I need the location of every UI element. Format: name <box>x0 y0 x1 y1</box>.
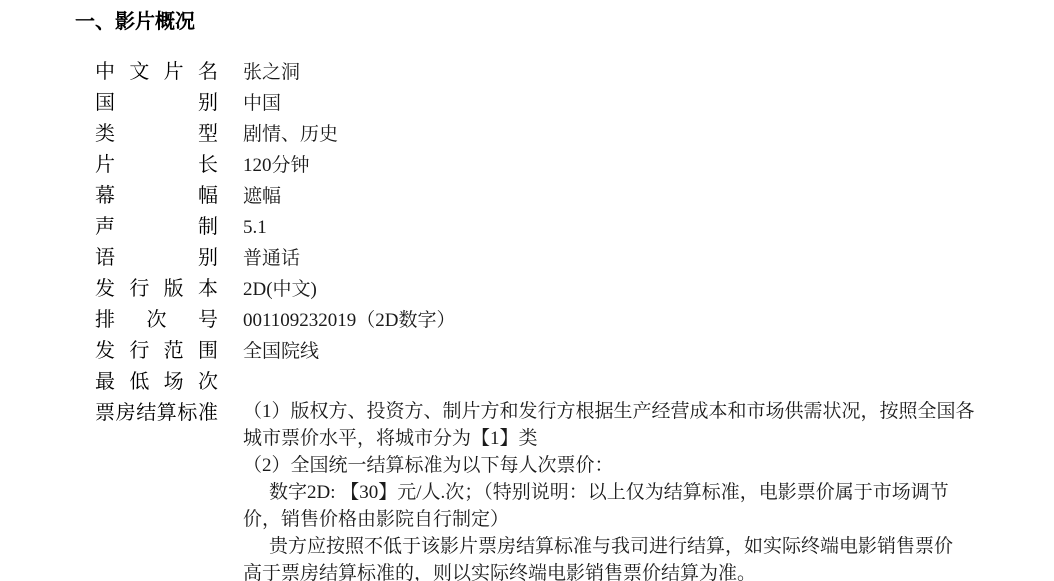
field-value: 全国院线 <box>243 336 319 367</box>
field-label: 国别 <box>95 88 218 119</box>
field-value: 剧情、历史 <box>243 119 338 150</box>
field-label: 语别 <box>95 243 218 274</box>
settlement-line: 价，销售价格由影院自行制定） <box>243 506 1023 533</box>
section-heading: 一、影片概况 <box>75 11 195 33</box>
field-list: 中文片名 张之洞 国别 中国 类型 剧情、历史 片长 120分钟 幕幅 遮幅 声… <box>95 57 1025 581</box>
field-row-genre: 类型 剧情、历史 <box>95 119 1025 150</box>
field-row-distribution-scope: 发行范围 全国院线 <box>95 336 1025 367</box>
field-label: 发行版本 <box>95 274 218 305</box>
field-row-language: 语别 普通话 <box>95 243 1025 274</box>
field-row-chinese-title: 中文片名 张之洞 <box>95 57 1025 88</box>
field-label: 最低场次 <box>95 367 218 398</box>
settlement-line: （1）版权方、投资方、制片方和发行方根据生产经营成本和市场供需状况，按照全国各 <box>243 398 1023 425</box>
field-row-country: 国别 中国 <box>95 88 1025 119</box>
field-value: 2D(中文) <box>243 274 317 305</box>
field-label: 片长 <box>95 150 218 181</box>
field-row-release-version: 发行版本 2D(中文) <box>95 274 1025 305</box>
field-value: 中国 <box>243 88 281 119</box>
field-label: 发行范围 <box>95 336 218 367</box>
field-row-minimum-screenings: 最低场次 <box>95 367 1025 398</box>
field-value: 普通话 <box>243 243 300 274</box>
field-label: 声制 <box>95 212 218 243</box>
settlement-line: （2）全国统一结算标准为以下每人次票价： <box>243 452 1023 479</box>
field-label: 类型 <box>95 119 218 150</box>
field-row-sound: 声制 5.1 <box>95 212 1025 243</box>
document-page: 一、影片概况 中文片名 张之洞 国别 中国 类型 剧情、历史 片长 120分钟 … <box>0 0 1054 581</box>
field-label: 票房结算标准 <box>95 398 218 429</box>
field-label: 幕幅 <box>95 181 218 212</box>
field-row-settlement-standard: 票房结算标准 （1）版权方、投资方、制片方和发行方根据生产经营成本和市场供需状况… <box>95 398 1025 581</box>
field-value: 张之洞 <box>243 57 300 88</box>
settlement-line: 高于票房结算标准的，则以实际终端电影销售票价结算为准。 <box>243 560 1023 581</box>
settlement-standard-text: （1）版权方、投资方、制片方和发行方根据生产经营成本和市场供需状况，按照全国各 … <box>243 398 1023 581</box>
field-row-serial-number: 排次号 001109232019（2D数字） <box>95 305 1025 336</box>
field-value: 遮幅 <box>243 181 281 212</box>
settlement-line: 数字2D: 【30】元/人.次；（特别说明：以上仅为结算标准，电影票价属于市场调… <box>243 479 1023 506</box>
field-value: 001109232019（2D数字） <box>243 305 456 336</box>
field-row-runtime: 片长 120分钟 <box>95 150 1025 181</box>
settlement-line: 城市票价水平，将城市分为【1】类 <box>243 425 1023 452</box>
settlement-line: 贵方应按照不低于该影片票房结算标准与我司进行结算，如实际终端电影销售票价 <box>243 533 1023 560</box>
field-value: 5.1 <box>243 212 267 243</box>
field-row-aspect: 幕幅 遮幅 <box>95 181 1025 212</box>
field-value: 120分钟 <box>243 150 310 181</box>
field-label: 排次号 <box>95 305 218 336</box>
field-label: 中文片名 <box>95 57 218 88</box>
